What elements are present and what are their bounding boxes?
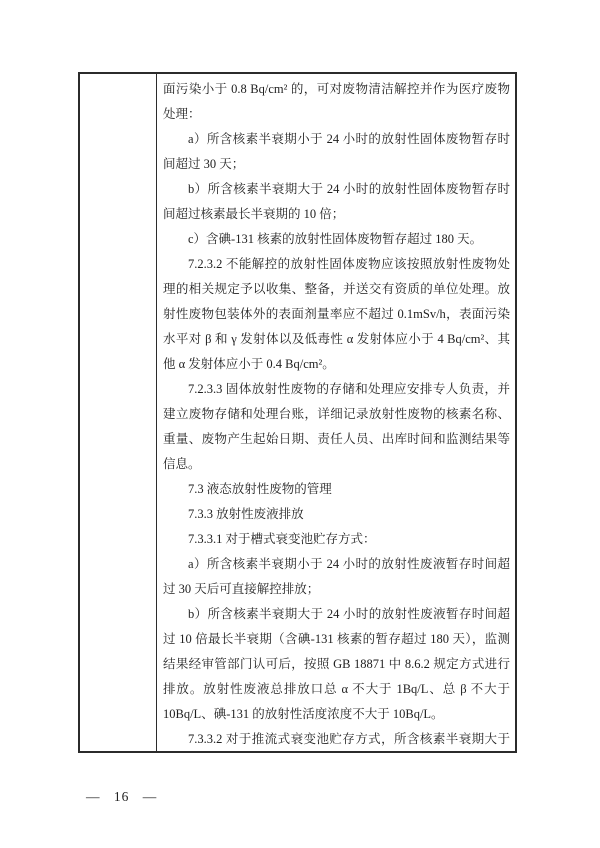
list-item-a-solid-waste: a）所含核素半衰期小于 24 小时的放射性固体废物暂存时间超过 30 天； xyxy=(163,127,510,177)
list-item-b-liquid-waste: b）所含核素半衰期大于 24 小时的放射性废液暂存时间超过 10 倍最长半衰期（… xyxy=(163,602,510,727)
list-item-b-solid-waste: b）所含核素半衰期大于 24 小时的放射性固体废物暂存时间超过核素最长半衰期的 … xyxy=(163,177,510,227)
content-table: 面污染小于 0.8 Bq/cm² 的，可对废物清洁解控并作为医疗废物处理： a）… xyxy=(78,72,517,753)
table-text-cell: 面污染小于 0.8 Bq/cm² 的，可对废物清洁解控并作为医疗废物处理： a）… xyxy=(157,74,515,751)
clause-7-3-3-1: 7.3.3.1 对于槽式衰变池贮存方式： xyxy=(163,527,510,552)
heading-7-3-3: 7.3.3 放射性废液排放 xyxy=(163,502,510,527)
clause-7-2-3-2: 7.2.3.2 不能解控的放射性固体废物应该按照放射性废物处理的相关规定予以收集… xyxy=(163,252,510,377)
table-left-column-empty xyxy=(80,74,157,751)
clause-7-2-3-3: 7.2.3.3 固体放射性废物的存储和处理应安排专人负责，并建立废物存储和处理台… xyxy=(163,377,510,477)
page-number: — 16 — xyxy=(86,789,157,805)
heading-7-3: 7.3 液态放射性废物的管理 xyxy=(163,477,510,502)
document-page: 面污染小于 0.8 Bq/cm² 的，可对废物清洁解控并作为医疗废物处理： a）… xyxy=(0,0,600,848)
paragraph-continued: 面污染小于 0.8 Bq/cm² 的，可对废物清洁解控并作为医疗废物处理： xyxy=(163,77,510,127)
clause-7-3-3-2: 7.3.3.2 对于推流式衰变池贮存方式，所含核素半衰期大于 24 小时的，每年… xyxy=(163,727,510,751)
list-item-a-liquid-waste: a）所含核素半衰期小于 24 小时的放射性废液暂存时间超过 30 天后可直接解控… xyxy=(163,552,510,602)
list-item-c-solid-waste: c）含碘-131 核素的放射性固体废物暂存超过 180 天。 xyxy=(163,227,510,252)
